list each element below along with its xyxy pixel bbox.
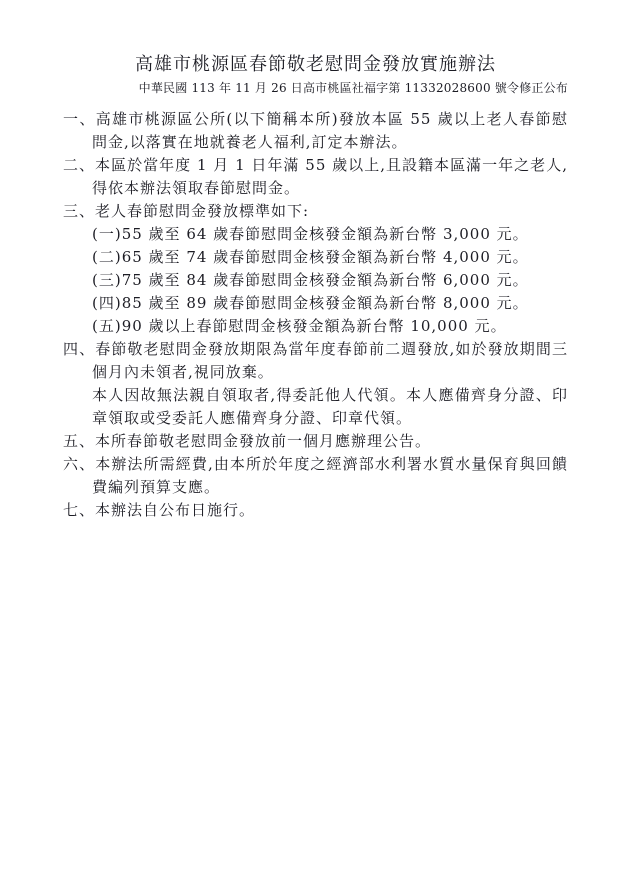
article-2-text: 本區於當年度 1 月 1 日年滿 55 歲以上,且設籍本區滿一年之老人,得依本辦… — [92, 156, 568, 197]
article-3-subitem-2: (二)65 歲至 74 歲春節慰問金核發金額為新台幣 4,000 元。 — [92, 246, 568, 269]
article-3-subitem-3: (三)75 歲至 84 歲春節慰問金核發金額為新台幣 6,000 元。 — [92, 269, 568, 292]
article-1: 一、高雄市桃源區公所(以下簡稱本所)發放本區 55 歲以上老人春節慰問金,以落實… — [63, 108, 568, 154]
article-5-number: 五、 — [63, 432, 95, 450]
article-1-number: 一、 — [63, 110, 96, 128]
article-3: 三、老人春節慰問金發放標準如下: — [63, 200, 568, 223]
article-4-number: 四、 — [63, 340, 95, 358]
document-title: 高雄市桃源區春節敬老慰問金發放實施辦法 — [63, 52, 568, 78]
article-5: 五、本所春節敬老慰問金發放前一個月應辦理公告。 — [63, 430, 568, 453]
amendment-note: 中華民國 113 年 11 月 26 日高市桃區社福字第 11332028600… — [63, 80, 568, 96]
articles-list: 一、高雄市桃源區公所(以下簡稱本所)發放本區 55 歲以上老人春節慰問金,以落實… — [63, 108, 568, 522]
article-7-text: 本辦法自公布日施行。 — [95, 501, 255, 519]
article-6: 六、本辦法所需經費,由本所於年度之經濟部水利署水質水量保育與回饋費編列預算支應。 — [63, 453, 568, 499]
article-2-number: 二、 — [63, 156, 95, 174]
document-page: 高雄市桃源區春節敬老慰問金發放實施辦法 中華民國 113 年 11 月 26 日… — [0, 0, 631, 895]
article-3-subitem-1: (一)55 歲至 64 歲春節慰問金核發金額為新台幣 3,000 元。 — [92, 223, 568, 246]
article-6-number: 六、 — [63, 455, 95, 473]
article-3-number: 三、 — [63, 202, 95, 220]
article-3-subitem-4: (四)85 歲至 89 歲春節慰問金核發金額為新台幣 8,000 元。 — [92, 292, 568, 315]
article-7: 七、本辦法自公布日施行。 — [63, 499, 568, 522]
article-6-text: 本辦法所需經費,由本所於年度之經濟部水利署水質水量保育與回饋費編列預算支應。 — [92, 455, 568, 496]
article-5-text: 本所春節敬老慰問金發放前一個月應辦理公告。 — [95, 432, 431, 450]
article-7-number: 七、 — [63, 501, 95, 519]
article-2: 二、本區於當年度 1 月 1 日年滿 55 歲以上,且設籍本區滿一年之老人,得依… — [63, 154, 568, 200]
article-3-subitem-5: (五)90 歲以上春節慰問金核發金額為新台幣 10,000 元。 — [92, 315, 568, 338]
document-content: 高雄市桃源區春節敬老慰問金發放實施辦法 中華民國 113 年 11 月 26 日… — [63, 52, 568, 522]
article-4: 四、春節敬老慰問金發放期限為當年度春節前二週發放,如於發放期間三個月內未領者,視… — [63, 338, 568, 384]
article-1-text: 高雄市桃源區公所(以下簡稱本所)發放本區 55 歲以上老人春節慰問金,以落實在地… — [92, 110, 568, 151]
article-4-text: 春節敬老慰問金發放期限為當年度春節前二週發放,如於發放期間三個月內未領者,視同放… — [92, 340, 568, 381]
article-4-paragraph-2: 本人因故無法親自領取者,得委託他人代領。本人應備齊身分證、印章領取或受委託人應備… — [92, 384, 568, 430]
article-3-text: 老人春節慰問金發放標準如下: — [95, 202, 309, 220]
